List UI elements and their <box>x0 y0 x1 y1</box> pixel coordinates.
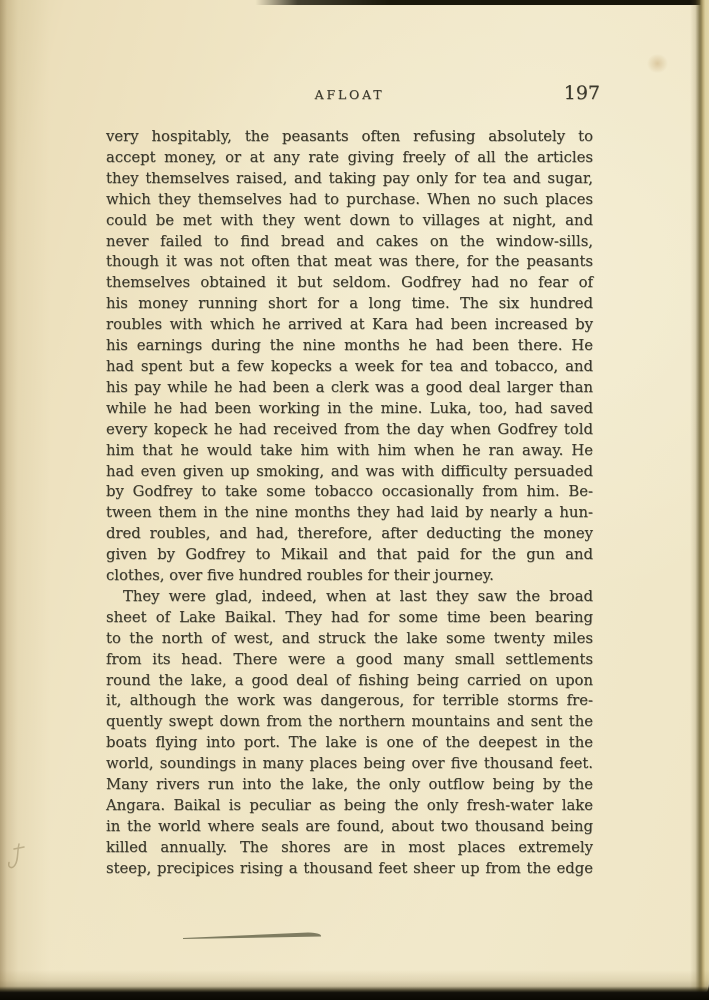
text-line: in the world where seals are found, abou… <box>106 817 593 838</box>
text-line: killed annually. The shores are in most … <box>106 838 593 859</box>
paragraph: They were glad, indeed, when at last the… <box>106 587 593 880</box>
paper-surface: AFLOAT 197 very hospitably, the peasants… <box>0 0 709 1000</box>
page-left-edge-shadow <box>0 0 52 1000</box>
text-line: it, although the work was dangerous, for… <box>106 691 593 712</box>
text-line: boats flying into port. The lake is one … <box>106 733 593 754</box>
text-line: sheet of Lake Baikal. They had for some … <box>106 608 593 629</box>
text-line: his earnings during the nine months he h… <box>106 336 593 357</box>
text-line: very hospitably, the peasants often refu… <box>106 127 593 148</box>
text-line: to the north of west, and struck the lak… <box>106 629 593 650</box>
ink-streak-mark <box>180 928 332 946</box>
text-line: They were glad, indeed, when at last the… <box>106 587 593 608</box>
text-line: Angara. Baikal is peculiar as being the … <box>106 796 593 817</box>
text-line: never failed to find bread and cakes on … <box>106 232 593 253</box>
paragraph: very hospitably, the peasants often refu… <box>106 127 593 587</box>
text-line: by Godfrey to take some tobacco occasion… <box>106 482 593 503</box>
text-line: had even given up smoking, and was with … <box>106 462 593 483</box>
page-left-edge-notch <box>0 126 6 150</box>
text-line: had spent but a few kopecks a week for t… <box>106 357 593 378</box>
text-line: steep, precipices rising a thousand feet… <box>106 859 593 880</box>
paper-stain <box>644 51 671 76</box>
text-line: could be met with they went down to vill… <box>106 211 593 232</box>
text-line: from its head. There were a good many sm… <box>106 650 593 671</box>
text-line: roubles with which he arrived at Kara ha… <box>106 315 593 336</box>
text-line: quently swept down from the northern mou… <box>106 712 593 733</box>
text-line: world, soundings in many places being ov… <box>106 754 593 775</box>
body-text: very hospitably, the peasants often refu… <box>106 127 593 880</box>
text-line: given by Godfrey to Mikail and that paid… <box>106 545 593 566</box>
text-line: Many rivers run into the lake, the only … <box>106 775 593 796</box>
text-line: accept money, or at any rate giving free… <box>106 148 593 169</box>
book-page-scan: AFLOAT 197 very hospitably, the peasants… <box>0 0 709 1000</box>
text-line: themselves obtained it but seldom. Godfr… <box>106 273 593 294</box>
text-line: round the lake, a good deal of fishing b… <box>106 671 593 692</box>
text-line: dred roubles, and had, therefore, after … <box>106 524 593 545</box>
text-line: every kopeck he had received from the da… <box>106 420 593 441</box>
text-line: his money running short for a long time.… <box>106 294 593 315</box>
text-line: clothes, over five hundred roubles for t… <box>106 566 593 587</box>
text-line: though it was not often that meat was th… <box>106 252 593 273</box>
page-right-edge <box>690 0 709 995</box>
text-line: him that he would take him with him when… <box>106 441 593 462</box>
scan-bottom-edge <box>0 970 709 1000</box>
text-line: while he had been working in the mine. L… <box>106 399 593 420</box>
scan-top-edge <box>0 0 709 5</box>
text-line: tween them in the nine months they had l… <box>106 503 593 524</box>
text-line: his pay while he had been a clerk was a … <box>106 378 593 399</box>
running-title: AFLOAT <box>106 88 593 102</box>
page-number: 197 <box>564 83 600 104</box>
text-line: which they themselves had to purchase. W… <box>106 190 593 211</box>
text-line: they themselves raised, and taking pay o… <box>106 169 593 190</box>
